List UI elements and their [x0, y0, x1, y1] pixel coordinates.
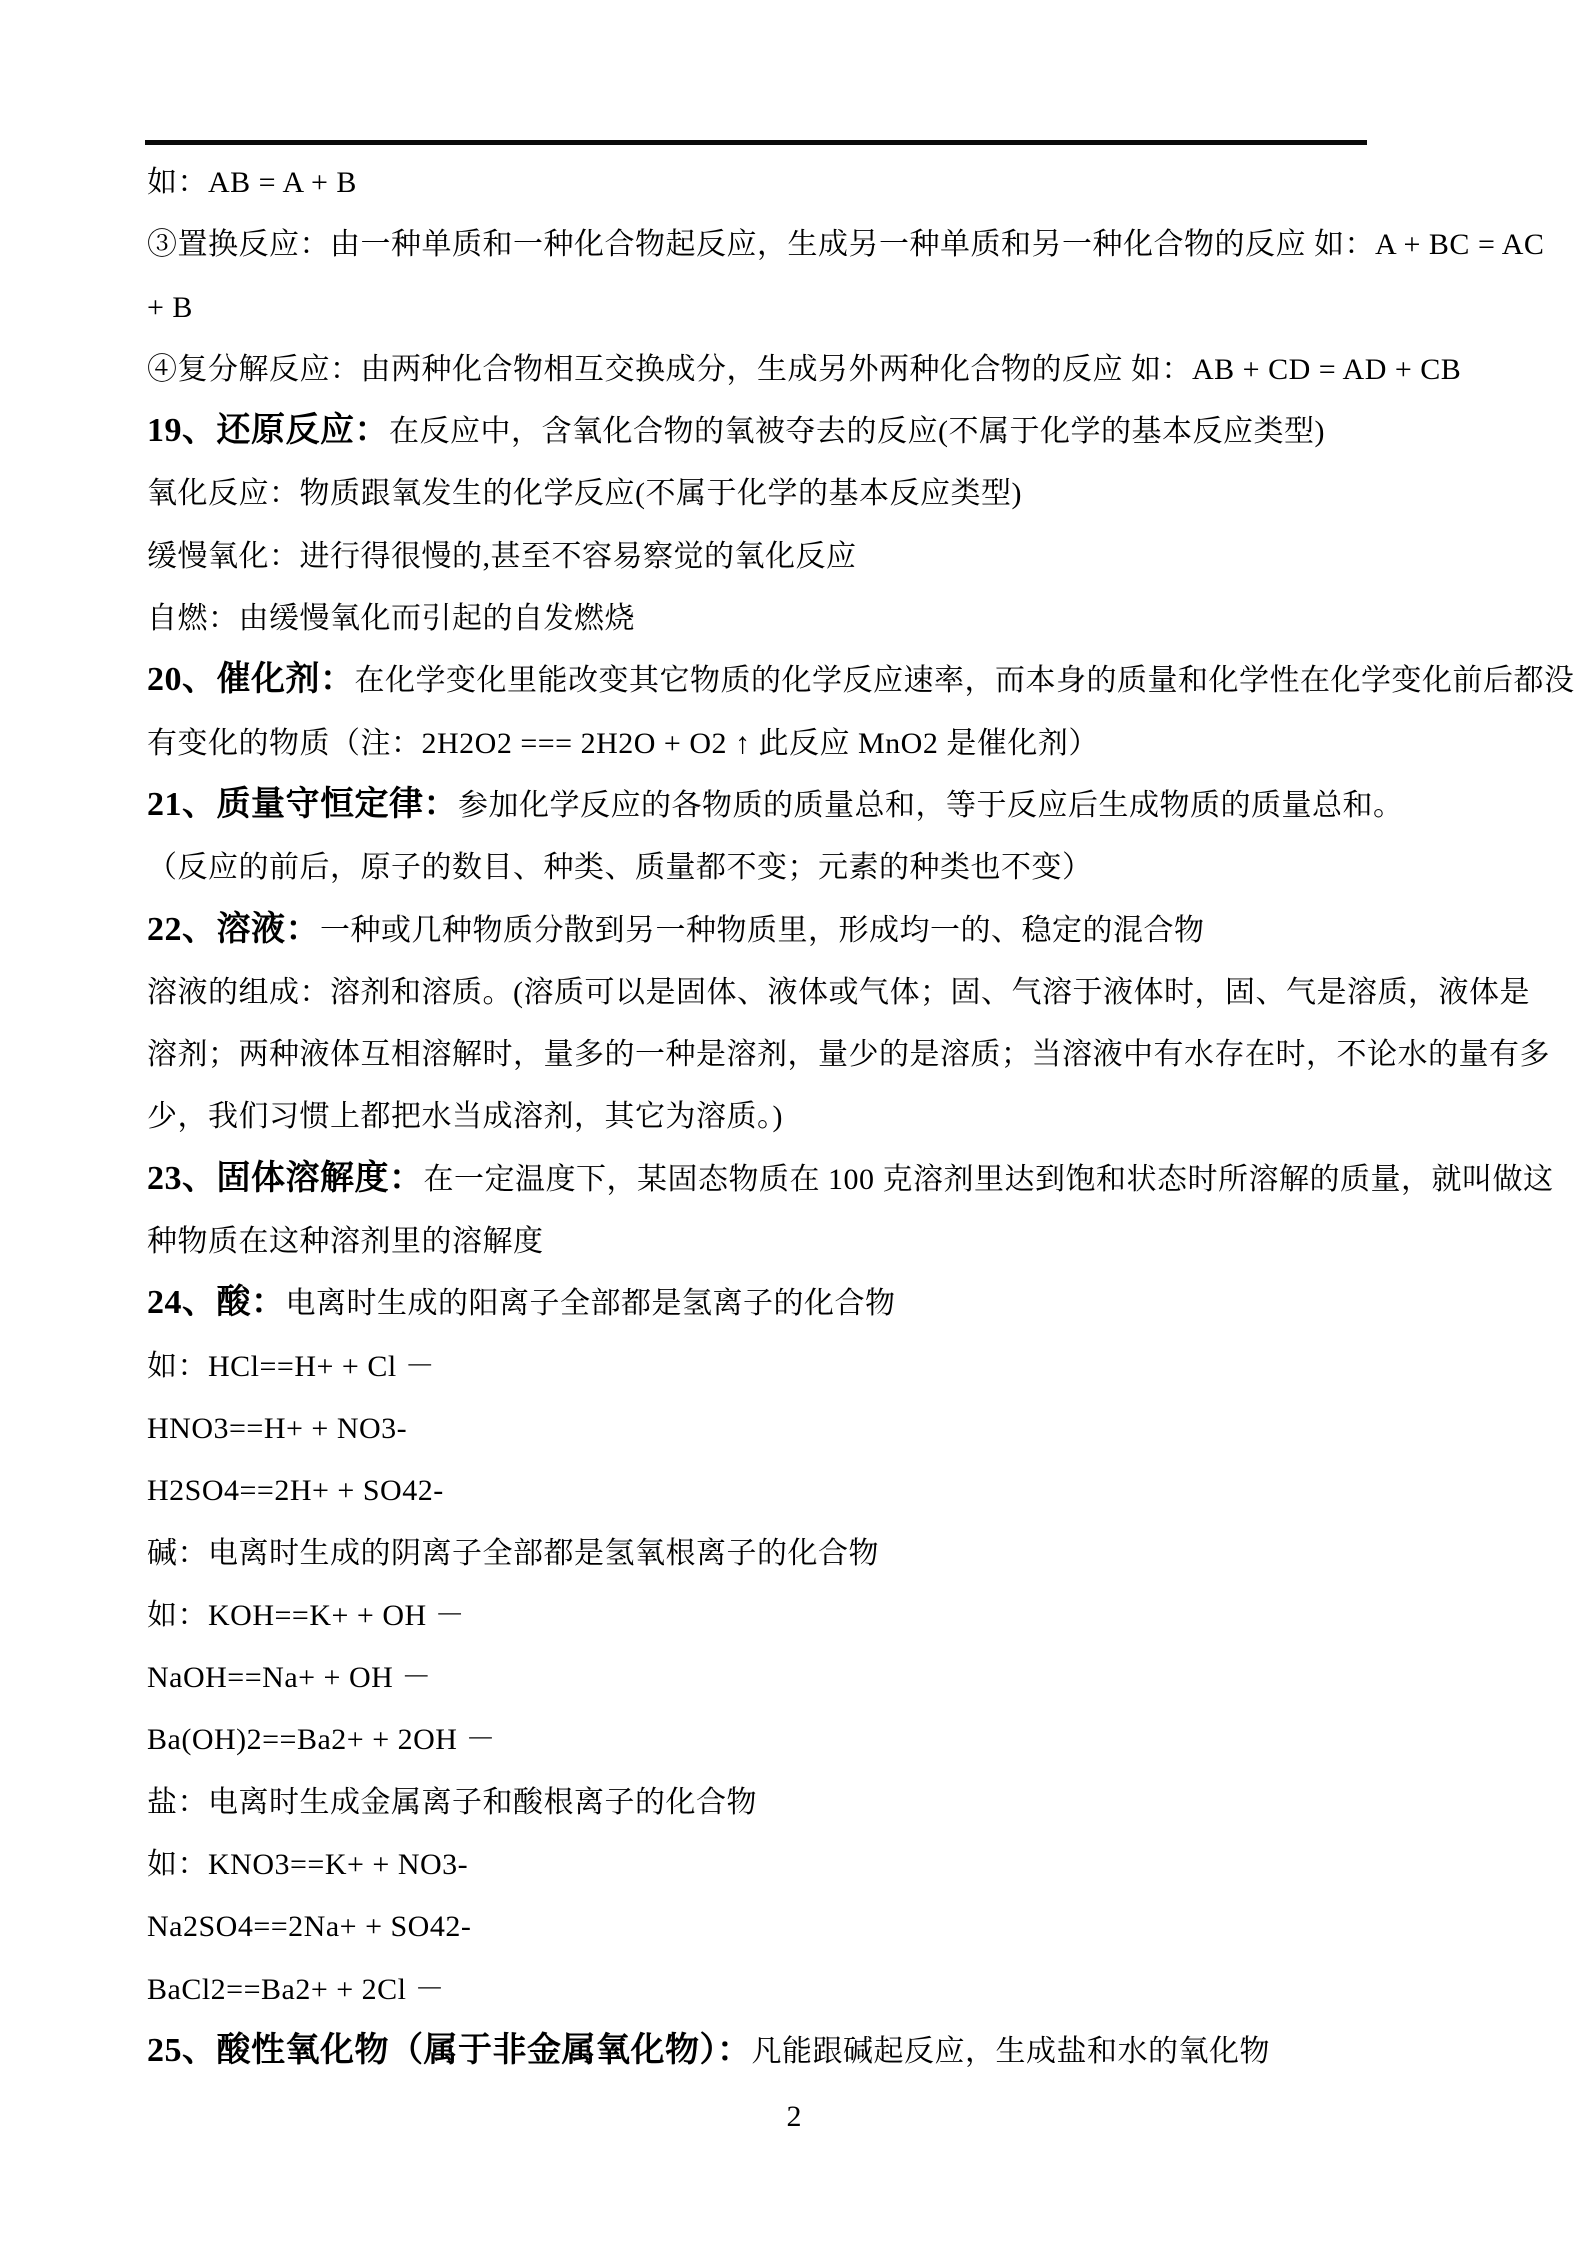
text-line: 氧化反应：物质跟氧发生的化学反应(不属于化学的基本反应类型) [147, 462, 1447, 524]
text-line: 溶液的组成：溶剂和溶质。(溶质可以是固体、液体或气体；固、气溶于液体时，固、气是… [147, 961, 1447, 1023]
text-line: 如：AB = A + B [147, 151, 1447, 213]
text-line: 盐：电离时生成金属离子和酸根离子的化合物 [147, 1771, 1447, 1833]
document-page: 如：AB = A + B ③置换反应：由一种单质和一种化合物起反应，生成另一种单… [0, 0, 1588, 2245]
heading-text: 23、固体溶解度： [147, 1160, 424, 1197]
text-line: 如：KOH==K+ + OH － [147, 1584, 1447, 1646]
heading-text: 25、酸性氧化物（属于非金属氧化物）： [147, 2032, 752, 2069]
body-text: 凡能跟碱起反应，生成盐和水的氧化物 [752, 2035, 1271, 2068]
text-line: 少，我们习惯上都把水当成溶剂，其它为溶质。) [147, 1085, 1447, 1147]
text-line: 21、质量守恒定律：参加化学反应的各物质的质量总和，等于反应后生成物质的质量总和… [147, 774, 1447, 836]
body-text: HNO3==H+ + NO3- [147, 1412, 407, 1445]
body-text: 在反应中，含氧化合物的氧被夺去的反应(不属于化学的基本反应类型) [389, 415, 1325, 448]
body-text: 如：AB = A + B [147, 166, 357, 199]
heading-text: 20、催化剂： [147, 661, 355, 698]
body-text: 在化学变化里能改变其它物质的化学反应速率，而本身的质量和化学性在化学变化前后都没 [355, 664, 1575, 697]
body-text: ④复分解反应：由两种化合物相互交换成分，生成另外两种化合物的反应 如：AB + … [147, 353, 1461, 386]
heading-text: 24、酸： [147, 1284, 286, 1321]
body-text: ③置换反应：由一种单质和一种化合物起反应，生成另一种单质和另一种化合物的反应 如… [147, 228, 1544, 261]
text-line: 19、还原反应：在反应中，含氧化合物的氧被夺去的反应(不属于化学的基本反应类型) [147, 400, 1447, 462]
body-text: Na2SO4==2Na+ + SO42- [147, 1910, 471, 1943]
body-text: 盐：电离时生成金属离子和酸根离子的化合物 [147, 1786, 757, 1819]
body-text: 参加化学反应的各物质的质量总和，等于反应后生成物质的质量总和。 [458, 789, 1404, 822]
text-line: ④复分解反应：由两种化合物相互交换成分，生成另外两种化合物的反应 如：AB + … [147, 338, 1447, 400]
text-line: 24、酸：电离时生成的阳离子全部都是氢离子的化合物 [147, 1272, 1447, 1334]
body-text: 种物质在这种溶剂里的溶解度 [147, 1225, 544, 1258]
body-text: NaOH==Na+ + OH － [147, 1661, 432, 1694]
body-text: 溶液的组成：溶剂和溶质。(溶质可以是固体、液体或气体；固、气溶于液体时，固、气是… [147, 976, 1530, 1009]
body-text: 溶剂；两种液体互相溶解时，量多的一种是溶剂，量少的是溶质；当溶液中有水存在时，不… [147, 1038, 1550, 1071]
text-line: HNO3==H+ + NO3- [147, 1397, 1447, 1459]
text-line: 有变化的物质（注：2H2O2 === 2H2O + O2 ↑ 此反应 MnO2 … [147, 712, 1447, 774]
text-line: 自燃：由缓慢氧化而引起的自发燃烧 [147, 587, 1447, 649]
heading-text: 21、质量守恒定律： [147, 786, 458, 823]
body-text: 有变化的物质（注：2H2O2 === 2H2O + O2 ↑ 此反应 MnO2 … [147, 727, 1099, 760]
body-text: BaCl2==Ba2+ + 2Cl － [147, 1973, 445, 2006]
page-number: 2 [0, 2086, 1588, 2148]
text-line: 碱：电离时生成的阴离子全部都是氢氧根离子的化合物 [147, 1522, 1447, 1584]
header-rule [145, 140, 1367, 145]
text-line: 20、催化剂：在化学变化里能改变其它物质的化学反应速率，而本身的质量和化学性在化… [147, 649, 1447, 711]
body-text: 如：KNO3==K+ + NO3- [147, 1848, 468, 1881]
body-text: Ba(OH)2==Ba2+ + 2OH － [147, 1723, 496, 1756]
body-text: 缓慢氧化：进行得很慢的,甚至不容易察觉的氧化反应 [147, 540, 857, 573]
heading-text: 19、还原反应： [147, 412, 389, 449]
body-text: 自燃：由缓慢氧化而引起的自发燃烧 [147, 602, 635, 635]
heading-text: 22、溶液： [147, 911, 320, 948]
document-body: 如：AB = A + B ③置换反应：由一种单质和一种化合物起反应，生成另一种单… [147, 151, 1447, 2082]
body-text: 碱：电离时生成的阴离子全部都是氢氧根离子的化合物 [147, 1537, 879, 1570]
text-line: 溶剂；两种液体互相溶解时，量多的一种是溶剂，量少的是溶质；当溶液中有水存在时，不… [147, 1023, 1447, 1085]
body-text: 在一定温度下，某固态物质在 100 克溶剂里达到饱和状态时所溶解的质量，就叫做这 [424, 1163, 1554, 1196]
text-line: 22、溶液：一种或几种物质分散到另一种物质里，形成均一的、稳定的混合物 [147, 899, 1447, 961]
body-text: 如：KOH==K+ + OH － [147, 1599, 465, 1632]
text-line: NaOH==Na+ + OH － [147, 1646, 1447, 1708]
text-line: BaCl2==Ba2+ + 2Cl － [147, 1958, 1447, 2020]
body-text: + B [147, 291, 193, 324]
body-text: 电离时生成的阳离子全部都是氢离子的化合物 [286, 1287, 896, 1320]
body-text: H2SO4==2H+ + SO42- [147, 1474, 444, 1507]
body-text: 一种或几种物质分散到另一种物质里，形成均一的、稳定的混合物 [320, 914, 1205, 947]
text-line: 23、固体溶解度：在一定温度下，某固态物质在 100 克溶剂里达到饱和状态时所溶… [147, 1148, 1447, 1210]
text-line: Ba(OH)2==Ba2+ + 2OH － [147, 1708, 1447, 1770]
body-text: 氧化反应：物质跟氧发生的化学反应(不属于化学的基本反应类型) [147, 477, 1022, 510]
body-text: （反应的前后，原子的数目、种类、质量都不变；元素的种类也不变） [147, 851, 1093, 884]
text-line: 种物质在这种溶剂里的溶解度 [147, 1210, 1447, 1272]
body-text: 少，我们习惯上都把水当成溶剂，其它为溶质。) [147, 1100, 783, 1133]
text-line: 如：HCl==H+ + Cl － [147, 1335, 1447, 1397]
text-line: H2SO4==2H+ + SO42- [147, 1459, 1447, 1521]
text-line: （反应的前后，原子的数目、种类、质量都不变；元素的种类也不变） [147, 836, 1447, 898]
text-line: Na2SO4==2Na+ + SO42- [147, 1895, 1447, 1957]
text-line: + B [147, 276, 1447, 338]
body-text: 如：HCl==H+ + Cl － [147, 1350, 435, 1383]
text-line: 缓慢氧化：进行得很慢的,甚至不容易察觉的氧化反应 [147, 525, 1447, 587]
text-line: 25、酸性氧化物（属于非金属氧化物）：凡能跟碱起反应，生成盐和水的氧化物 [147, 2020, 1447, 2082]
text-line: 如：KNO3==K+ + NO3- [147, 1833, 1447, 1895]
text-line: ③置换反应：由一种单质和一种化合物起反应，生成另一种单质和另一种化合物的反应 如… [147, 213, 1447, 275]
